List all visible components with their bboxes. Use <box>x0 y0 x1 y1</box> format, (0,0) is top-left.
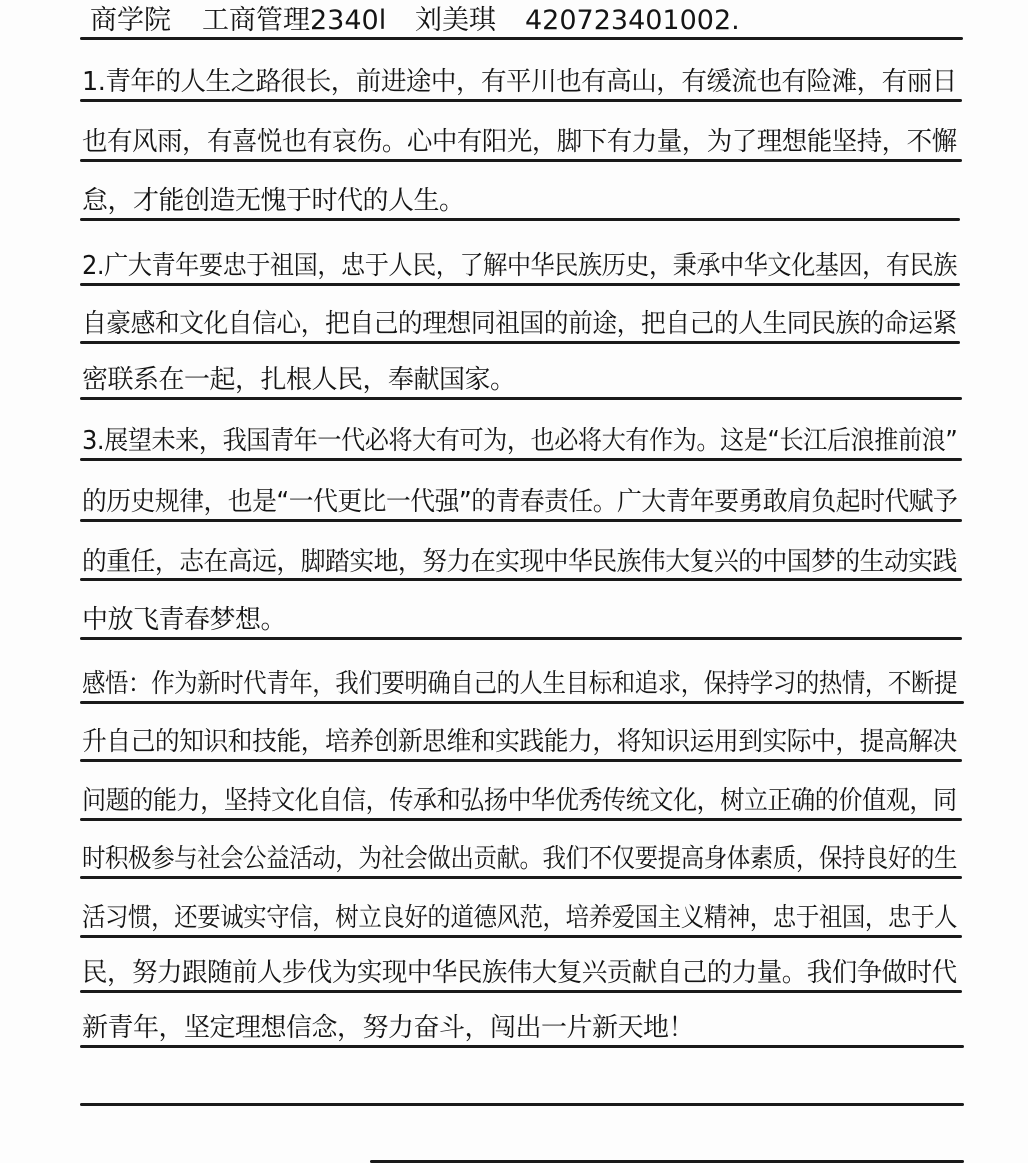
essay-line-5: 自豪感和文化自信心，把自己的理想同祖国的前途，把自己的人生同民族的命运紧 <box>82 308 957 340</box>
ruled-line <box>80 159 962 162</box>
essay-line-13: 问题的能力，坚持文化自信，传承和弘扬中华优秀传统文化，树立正确的价值观，同 <box>82 785 957 817</box>
essay-line-9: 的重任，志在高远，脚踏实地，努力在实现中华民族伟大复兴的中国梦的生动实践 <box>82 546 957 578</box>
essay-line-14: 时积极参与社会公益活动，为社会做出贡献。我们不仅要提高身体素质，保持良好的生 <box>82 843 957 875</box>
essay-line-4: 2.广大青年要忠于祖国，忠于人民，了解中华民族历史，秉承中华文化基因，有民族 <box>82 250 957 282</box>
essay-line-7: 3.展望未来，我国青年一代必将大有可为，也必将大有作为。这是“长江后浪推前浪” <box>82 425 957 457</box>
ruled-line <box>80 37 963 40</box>
essay-line-3: 怠，才能创造无愧于时代的人生。 <box>82 185 465 217</box>
essay-line-8: 的历史规律，也是“一代更比一代强”的青春责任。广大青年要勇敢肩负起时代赋予 <box>82 486 957 518</box>
ruled-line <box>80 1103 964 1106</box>
handwritten-essay-page: 商学院 工商管理2340l 刘美琪 420723401002. 1.青年的人生之… <box>0 0 1028 1163</box>
essay-line-17: 新青年，坚定理想信念，努力奋斗，闯出一片新天地！ <box>82 1012 694 1044</box>
ruled-line <box>80 218 960 221</box>
essay-line-15: 活习惯，还要诚实守信，树立良好的道德风范，培养爱国主义精神，忠于祖国，忠于人 <box>82 902 957 934</box>
essay-line-2: 也有风雨，有喜悦也有哀伤。心中有阳光，脚下有力量，为了理想能坚持，不懈 <box>82 126 957 158</box>
essay-line-10: 中放飞青春梦想。 <box>82 604 286 636</box>
ruled-line <box>80 1045 964 1048</box>
ruled-line <box>80 397 962 400</box>
class-label: 工商管理2340l <box>202 4 386 38</box>
ruled-line <box>80 935 962 938</box>
essay-line-12: 升自己的知识和技能，培养创新思维和实践能力，将知识运用到实际中，提高解决 <box>82 726 957 758</box>
essay-line-11: 感悟：作为新时代青年，我们要明确自己的人生目标和追求，保持学习的热情，不断提 <box>82 668 957 700</box>
ruled-line <box>80 283 960 286</box>
student-name: 刘美琪 <box>415 4 496 38</box>
ruled-line <box>80 99 962 102</box>
ruled-line <box>80 637 962 640</box>
student-id: 420723401002. <box>525 4 740 38</box>
college-label: 商学院 <box>90 4 171 38</box>
ruled-line <box>80 578 962 581</box>
ruled-line <box>80 990 962 993</box>
ruled-line <box>80 759 962 762</box>
ruled-line <box>80 876 962 879</box>
essay-line-1: 1.青年的人生之路很长，前进途中，有平川也有高山，有缓流也有险滩，有丽日 <box>82 66 957 98</box>
ruled-line <box>80 701 964 704</box>
ruled-line <box>80 458 962 461</box>
ruled-line <box>80 519 962 522</box>
essay-line-16: 民，努力跟随前人步伐为实现中华民族伟大复兴贡献自己的力量。我们争做时代 <box>82 957 957 989</box>
essay-line-6: 密联系在一起，扎根人民，奉献国家。 <box>82 364 516 396</box>
ruled-line <box>80 341 960 344</box>
ruled-line <box>80 818 962 821</box>
